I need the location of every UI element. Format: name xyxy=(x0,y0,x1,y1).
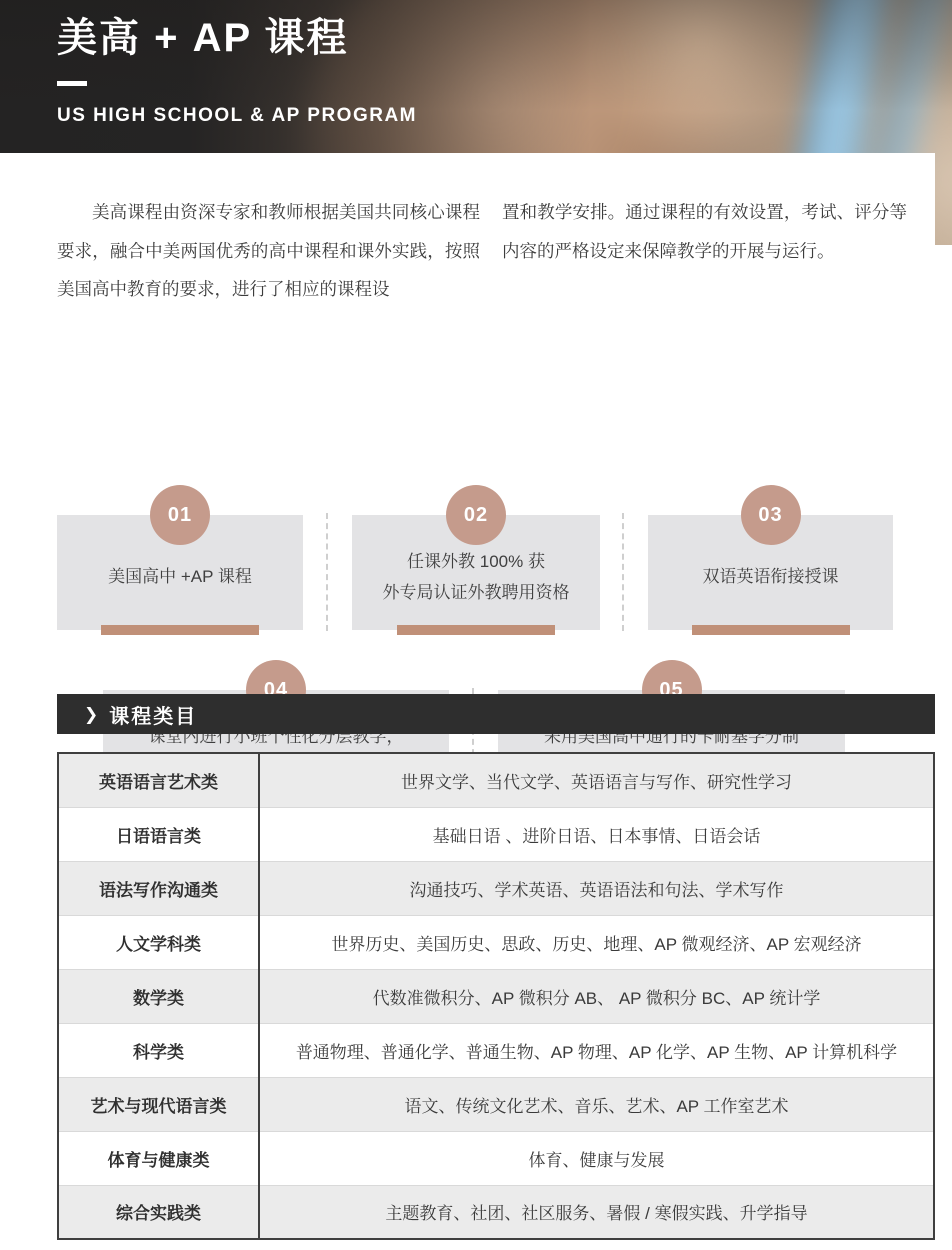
course-list: 代数准微积分、AP 微积分 AB、 AP 微积分 BC、AP 统计学 xyxy=(259,969,934,1023)
course-table-body: 英语语言艺术类 世界文学、当代文学、英语语言与写作、研究性学习 日语语言类 基础… xyxy=(58,753,934,1239)
page-title: 美高 + AP 课程 xyxy=(57,6,417,63)
chevron-right-icon: ❯ xyxy=(84,705,98,725)
table-row: 语法写作沟通类 沟通技巧、学术英语、英语语法和句法、学术写作 xyxy=(58,861,934,915)
section-title: 课程类目 xyxy=(109,700,197,729)
course-list: 世界历史、美国历史、思政、历史、地理、AP 微观经济、AP 宏观经济 xyxy=(259,915,934,969)
feature-accent-bar xyxy=(692,625,850,635)
course-category: 英语语言艺术类 xyxy=(58,753,259,807)
table-row: 艺术与现代语言类 语文、传统文化艺术、音乐、艺术、AP 工作室艺术 xyxy=(58,1077,934,1131)
feature-accent-bar xyxy=(101,625,259,635)
course-table: 英语语言艺术类 世界文学、当代文学、英语语言与写作、研究性学习 日语语言类 基础… xyxy=(57,752,935,1240)
feature-text-line: 任课外教 100% 获 xyxy=(407,546,545,577)
feature-text-line: 双语英语衔接授课 xyxy=(703,561,839,592)
course-list: 体育、健康与发展 xyxy=(259,1131,934,1185)
feature-box-1: 01 美国高中 +AP 课程 xyxy=(57,515,303,630)
table-row: 综合实践类 主题教育、社团、社区服务、暑假 / 寒假实践、升学指导 xyxy=(58,1185,934,1239)
section-header-course-catalog: ❯ 课程类目 xyxy=(57,694,935,734)
hero-text-block: 美高 + AP 课程 US HIGH SCHOOL & AP PROGRAM xyxy=(57,0,417,127)
course-list: 主题教育、社团、社区服务、暑假 / 寒假实践、升学指导 xyxy=(259,1185,934,1239)
table-row: 人文学科类 世界历史、美国历史、思政、历史、地理、AP 微观经济、AP 宏观经济 xyxy=(58,915,934,969)
feature-text-line: 外专局认证外教聘用资格 xyxy=(383,577,570,608)
course-category: 语法写作沟通类 xyxy=(58,861,259,915)
feature-box-3: 03 双语英语衔接授课 xyxy=(648,515,893,630)
table-row: 科学类 普通物理、普通化学、普通生物、AP 物理、AP 化学、AP 生物、AP … xyxy=(58,1023,934,1077)
course-category: 艺术与现代语言类 xyxy=(58,1077,259,1131)
course-category: 日语语言类 xyxy=(58,807,259,861)
feature-number-badge: 03 xyxy=(741,485,801,545)
title-dash xyxy=(57,81,87,86)
course-category: 人文学科类 xyxy=(58,915,259,969)
course-list: 语文、传统文化艺术、音乐、艺术、AP 工作室艺术 xyxy=(259,1077,934,1131)
feature-accent-bar xyxy=(397,625,555,635)
course-list: 普通物理、普通化学、普通生物、AP 物理、AP 化学、AP 生物、AP 计算机科… xyxy=(259,1023,934,1077)
feature-number-badge: 02 xyxy=(446,485,506,545)
feature-box-2: 02 任课外教 100% 获 外专局认证外教聘用资格 xyxy=(352,515,600,630)
feature-number-badge: 01 xyxy=(150,485,210,545)
feature-text-line: 美国高中 +AP 课程 xyxy=(108,561,252,592)
page: 美高 + AP 课程 US HIGH SCHOOL & AP PROGRAM 美… xyxy=(0,0,952,1250)
feature-grid: 01 美国高中 +AP 课程 02 任课外教 100% 获 外专局认证外教聘用资… xyxy=(0,153,935,693)
dashed-divider xyxy=(622,513,624,631)
course-category: 科学类 xyxy=(58,1023,259,1077)
dashed-divider xyxy=(326,513,328,631)
table-row: 数学类 代数准微积分、AP 微积分 AB、 AP 微积分 BC、AP 统计学 xyxy=(58,969,934,1023)
table-row: 英语语言艺术类 世界文学、当代文学、英语语言与写作、研究性学习 xyxy=(58,753,934,807)
page-subtitle: US HIGH SCHOOL & AP PROGRAM xyxy=(57,105,417,127)
table-row: 体育与健康类 体育、健康与发展 xyxy=(58,1131,934,1185)
content-panel: 美高课程由资深专家和教师根据美国共同核心课程要求，融合中美两国优秀的高中课程和课… xyxy=(0,153,935,1250)
course-category: 数学类 xyxy=(58,969,259,1023)
course-category: 综合实践类 xyxy=(58,1185,259,1239)
course-list: 世界文学、当代文学、英语语言与写作、研究性学习 xyxy=(259,753,934,807)
course-category: 体育与健康类 xyxy=(58,1131,259,1185)
table-row: 日语语言类 基础日语 、进阶日语、日本事情、日语会话 xyxy=(58,807,934,861)
course-list: 沟通技巧、学术英语、英语语法和句法、学术写作 xyxy=(259,861,934,915)
course-list: 基础日语 、进阶日语、日本事情、日语会话 xyxy=(259,807,934,861)
